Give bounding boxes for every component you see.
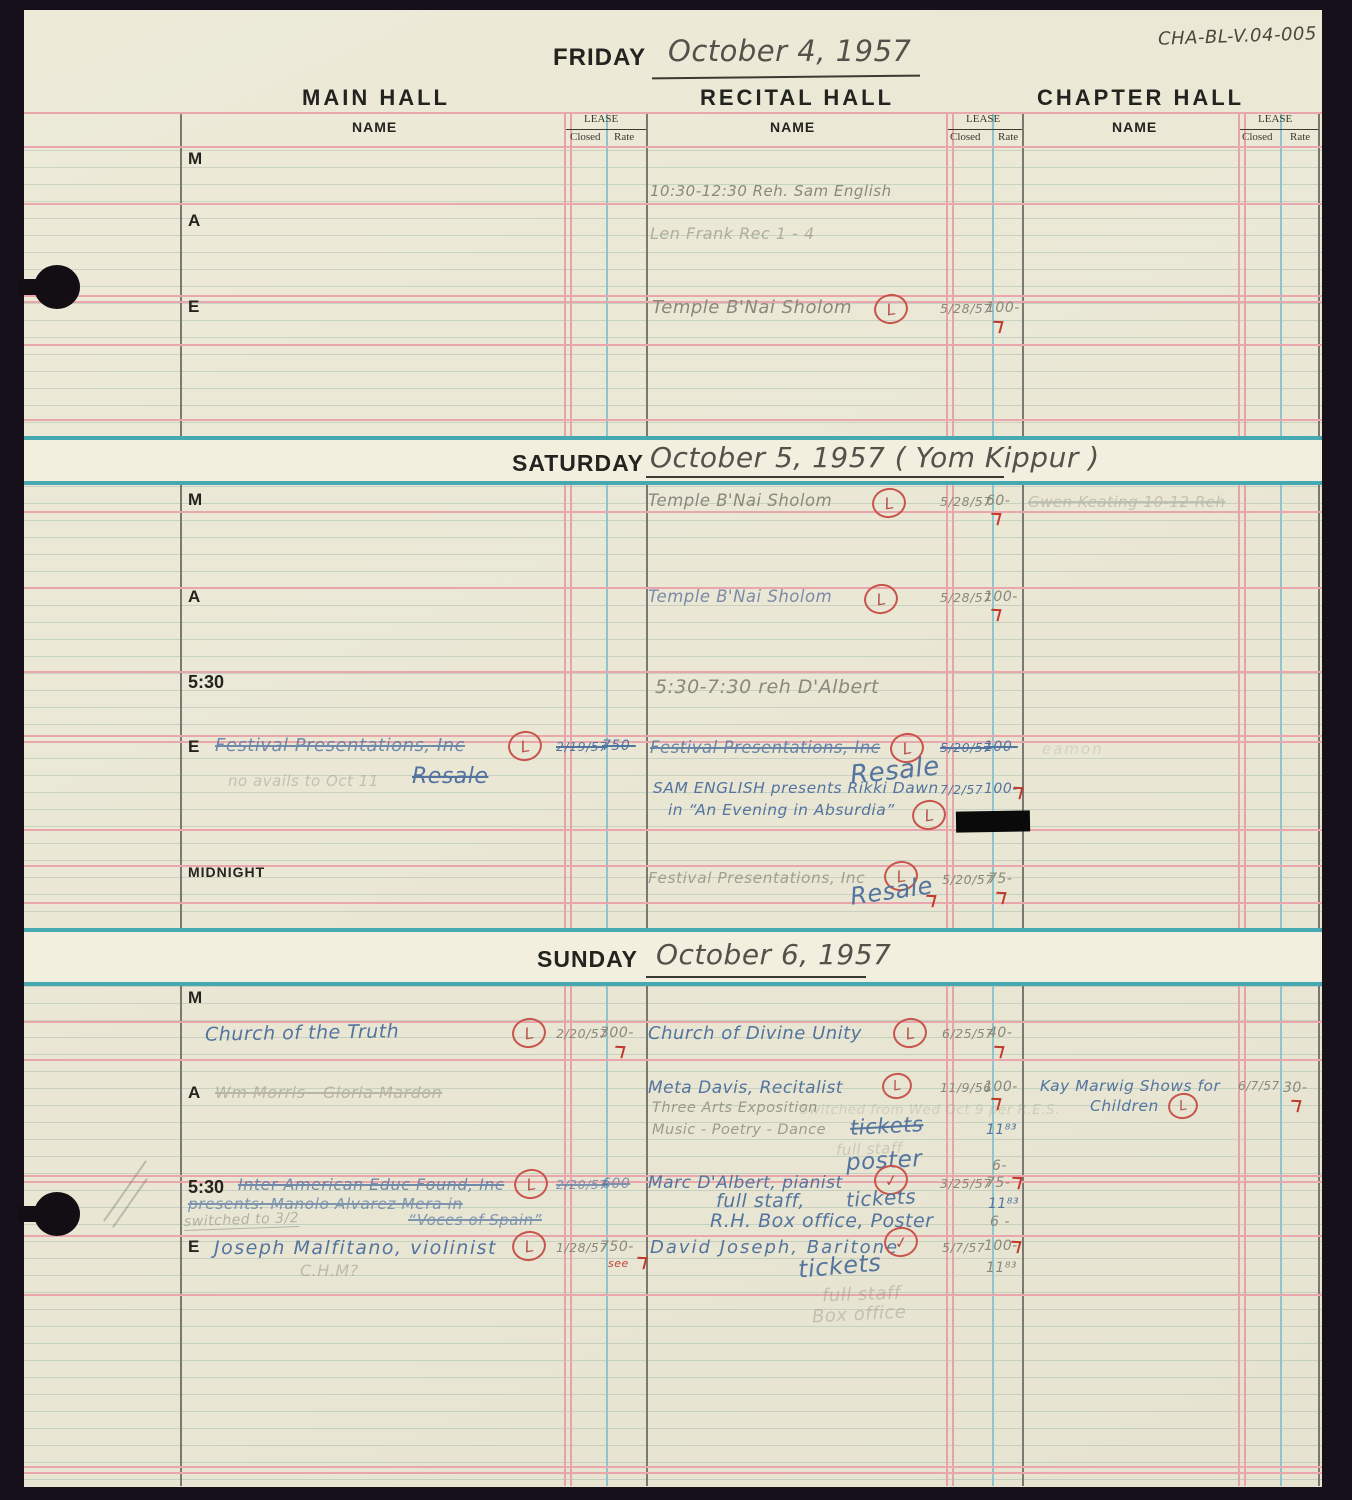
hole-punch: [34, 265, 80, 309]
entry-sun-recital-a-tickets: tickets: [849, 1112, 924, 1140]
lease-rate: 750-: [602, 738, 636, 754]
section-separator: [22, 982, 1322, 986]
lease-rate: 75-: [986, 1175, 1010, 1191]
lease-closed: 2/20/57: [556, 1177, 608, 1192]
lease-rate: 30-: [1283, 1080, 1307, 1096]
lease-rate2: 11⁸³: [986, 1260, 1017, 1276]
entry-sun-recital-a-line2: Three Arts Exposition: [652, 1100, 818, 1116]
grid-line: [22, 146, 1322, 148]
lease-closed: 5/20/57: [942, 872, 994, 887]
section-separator: [22, 481, 1322, 485]
grid-line: [22, 829, 1322, 831]
lease-rate: 300-: [600, 1025, 634, 1041]
hall-header-main: MAIN HALL: [302, 85, 450, 111]
lease-closed: 5/28/57: [940, 494, 992, 509]
lease-closed: 5/7/57: [942, 1240, 985, 1255]
entry-sat-recital-e2-line1: SAM ENGLISH presents Rikki Dawn: [653, 779, 939, 797]
friday-date: October 4, 1957: [668, 34, 911, 68]
time-label-friday-a: A: [188, 211, 200, 231]
time-label-friday-e: E: [188, 297, 199, 317]
lease-rate: 600: [602, 1176, 630, 1192]
entry-sat-recital-midnight: Festival Presentations, Inc: [648, 869, 865, 887]
lease-closed: 6/25/57: [942, 1026, 994, 1041]
time-label-sat-e: E: [188, 737, 199, 757]
lease-closed: 6/7/57: [1238, 1079, 1280, 1093]
closed-label-recital: Closed: [950, 131, 981, 143]
grid-line: [22, 1472, 1322, 1474]
scan-edge-top: [0, 0, 1352, 10]
sunday-day-label: SUNDAY: [537, 946, 638, 973]
lease-rate: 100-: [984, 739, 1018, 755]
entry-sat-recital-530: 5:30-7:30 reh D'Albert: [655, 676, 879, 698]
entry-sun-main-e: Joseph Malfitano, violinist: [214, 1237, 497, 1259]
col-name-main: NAME: [352, 119, 397, 135]
entry-sun-recital-a-switched: Switched from Wed Oct 9 per R.E.S.: [800, 1102, 1060, 1118]
grid-line: [22, 902, 1322, 904]
grid-line: [22, 344, 1322, 346]
lease-rate2: 11⁸³: [988, 1196, 1019, 1212]
scan-edge-left: [0, 0, 24, 1500]
lease-closed: 7/2/57: [940, 782, 983, 797]
entry-sun-recital-a-line3: Music - Poetry - Dance: [652, 1122, 826, 1138]
entry-sun-chapter-a-line2: Children: [1090, 1097, 1159, 1115]
entry-sat-main-e: Festival Presentations, Inc: [215, 735, 465, 756]
time-label-sat-530: 5:30: [188, 672, 224, 693]
entry-sun-recital-m: Church of Divine Unity: [648, 1023, 862, 1044]
entry-sun-main-a-struck: Wm Morris - Gloria Mardon: [215, 1083, 442, 1102]
entry-sat-main-e-resale: Resale: [412, 764, 488, 789]
closed-label-main: Closed: [570, 131, 601, 143]
time-label-friday-m: M: [188, 149, 202, 169]
time-label-sun-m: M: [188, 988, 202, 1008]
saturday-column-lines: [180, 483, 1322, 929]
scan-edge-bottom: [0, 1487, 1352, 1500]
saturday-date: October 5, 1957 ( Yom Kippur ): [650, 441, 1100, 474]
lease-closed: 3/25/57: [940, 1176, 992, 1191]
hall-header-chapter: CHAPTER HALL: [1037, 85, 1244, 111]
time-label-sat-a: A: [188, 587, 200, 607]
closed-label-chapter: Closed: [1242, 131, 1273, 143]
lease-label-main: LEASE: [584, 113, 618, 125]
sunday-date: October 6, 1957: [656, 938, 891, 971]
time-label-sun-a: A: [188, 1083, 200, 1103]
lease-rate: 60-: [986, 493, 1010, 509]
hall-header-recital: RECITAL HALL: [700, 85, 894, 111]
entry-sun-chapter-a-line1: Kay Marwig Shows for: [1040, 1077, 1220, 1095]
entry-sat-recital-a: Temple B'Nai Sholom: [648, 587, 832, 606]
date-underline: [646, 476, 1004, 478]
time-label-sun-e: E: [188, 1237, 199, 1257]
rate-label-recital: Rate: [998, 131, 1018, 143]
lease-label-chapter: LEASE: [1258, 113, 1292, 125]
scan-edge-right: [1322, 0, 1352, 1500]
lease-rate3: 6-: [992, 1158, 1007, 1174]
lease-rate: 40-: [988, 1025, 1012, 1041]
time-label-sat-m: M: [188, 490, 202, 510]
scanned-ledger-page: CHA-BL-V.04-005 FRIDAY October 4, 1957 M…: [0, 0, 1352, 1500]
section-separator: [22, 928, 1322, 932]
time-label-sat-midnight: MIDNIGHT: [188, 864, 265, 880]
entry-sun-main-e-chm: C.H.M?: [300, 1261, 359, 1280]
entry-sat-recital-m: Temple B'Nai Sholom: [648, 491, 832, 510]
entry-sun-recital-a: Meta Davis, Recitalist: [648, 1078, 843, 1098]
entry-sun-main-530-line1: Inter-American Educ Found, Inc: [238, 1175, 504, 1194]
lease-rate: 100-: [986, 300, 1020, 316]
grid-line: [22, 1294, 1322, 1296]
friday-day-label: FRIDAY: [553, 44, 646, 72]
saturday-day-label: SATURDAY: [512, 450, 644, 477]
lease-rate3: 6 -: [990, 1214, 1010, 1230]
entry-sun-recital-530-tickets: tickets: [845, 1184, 916, 1212]
rate-label-chapter: Rate: [1290, 131, 1310, 143]
lease-rate: 750-: [600, 1239, 634, 1255]
lease-underline: [948, 129, 1022, 130]
entry-fri-recital-a: Len Frank Rec 1 - 4: [650, 224, 815, 243]
lease-closed: 5/28/57: [940, 301, 992, 316]
entry-sat-chapter-m-struck: Gwen Keating 10-12 Reh: [1028, 493, 1225, 511]
grid-line: [22, 1059, 1322, 1061]
grid-line: [22, 203, 1322, 205]
lease-underline: [566, 129, 646, 130]
col-name-recital: NAME: [770, 119, 815, 135]
entry-sun-main-m: Church of the Truth: [205, 1020, 400, 1045]
rate-label-main: Rate: [614, 131, 634, 143]
lease-closed: 2/19/57: [556, 739, 608, 754]
redaction-box: [956, 810, 1030, 832]
lease-underline: [1240, 129, 1318, 130]
see-note: see: [608, 1257, 629, 1270]
entry-sat-main-e-note: no avails to Oct 11: [228, 772, 379, 790]
grid-line: [22, 511, 1322, 513]
date-underline: [646, 976, 866, 978]
grid-line: [22, 419, 1322, 421]
entry-sat-chapter-e-faint: eamon: [1042, 740, 1104, 758]
entry-fri-recital-m: 10:30-12:30 Reh. Sam English: [650, 182, 892, 200]
lease-rate: 100-: [984, 589, 1018, 605]
entry-sun-main-530-line3: “Voces of Spain”: [408, 1211, 542, 1229]
entry-sun-recital-530-staff: full staff,: [716, 1190, 805, 1212]
entry-sat-recital-e1: Festival Presentations, Inc: [650, 738, 880, 757]
lease-rate: 100-: [984, 1079, 1018, 1095]
lease-rate2: 11⁸³: [986, 1122, 1017, 1138]
friday-column-lines: [180, 113, 1322, 437]
entry-sat-recital-e2-line2: in “An Evening in Absurdia”: [668, 801, 895, 819]
grid-line: [22, 1466, 1322, 1468]
lease-label-recital: LEASE: [966, 113, 1000, 125]
lease-rate: 75-: [988, 871, 1012, 887]
entry-fri-recital-e: Temple B'Nai Sholom: [652, 297, 852, 318]
hole-punch: [34, 1192, 80, 1236]
grid-line: [22, 112, 1322, 114]
section-separator: [22, 436, 1322, 440]
col-name-chapter: NAME: [1112, 119, 1157, 135]
